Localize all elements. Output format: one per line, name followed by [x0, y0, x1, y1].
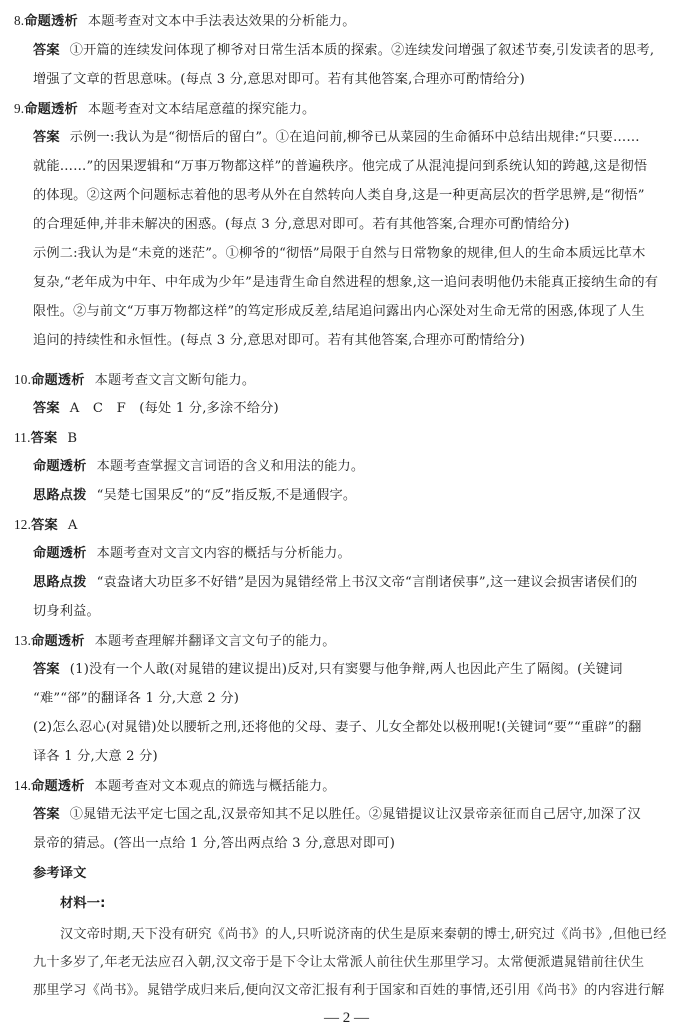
analysis-label: 命题透析: [31, 634, 85, 649]
q10-number: 10.: [14, 372, 31, 387]
translation-text: 那里学习《尚书》。晁错学成归来后,便向汉文帝汇报有利于国家和百姓的事情,还引用《…: [33, 981, 664, 1001]
answer-text: A: [68, 518, 78, 533]
answer-text: 限性。②与前文“万事万物都这样”的笃定形成反差,结尾追问露出内心深处对生命无常的…: [33, 302, 645, 322]
q8-answer-line: 答案①开篇的连续发问体现了柳爷对日常生活本质的探索。②连续发问增强了叙述节奏,引…: [33, 41, 654, 61]
q8-number: 8.: [14, 13, 24, 28]
answer-label: 答案: [33, 662, 60, 677]
answer-label: 答案: [31, 518, 58, 533]
q11-analysis-text: 本题考查掌握文言词语的含义和用法的能力。: [97, 459, 365, 474]
hint-label: 思路点拨: [33, 575, 87, 590]
answer-text: 景帝的猜忌。(答出一点给 1 分,答出两点给 3 分,意思对即可): [33, 834, 395, 854]
answer-text: 示例一:我认为是“彻悟后的留白”。①在追问前,柳爷已从菜园的生命循环中总结出规律…: [70, 130, 640, 145]
q13-answer-line: 答案(1)没有一个人敢(对晁错的建议提出)反对,只有窦婴与他争辩,两人也因此产生…: [33, 660, 623, 680]
q8-analysis-line: 8.命题透析本题考查对文本中手法表达效果的分析能力。: [14, 11, 356, 32]
translation-label: 参考译文: [33, 866, 87, 881]
answer-text: 复杂,“老年成为中年、中年成为少年”是违背生命自然进程的想象,这一追问表明他仍未…: [33, 273, 658, 293]
analysis-label: 命题透析: [33, 459, 87, 474]
analysis-label: 命题透析: [24, 102, 78, 117]
hint-text: “吴楚七国果反”的“反”指反叛,不是通假字。: [97, 488, 357, 503]
answer-text: 就能……”的因果逻辑和“万事万物都这样”的普遍秩序。他完成了从混沌提问到系统认知…: [33, 157, 647, 177]
q10-analysis-line: 10.命题透析本题考查文言文断句能力。: [14, 370, 255, 391]
q12-number: 12.: [14, 517, 31, 532]
q10-answer-line: 答案A C F (每处 1 分,多涂不给分): [33, 399, 279, 419]
answer-text: ①开篇的连续发问体现了柳爷对日常生活本质的探索。②连续发问增强了叙述节奏,引发读…: [70, 43, 654, 58]
answer-key-page: 8.命题透析本题考查对文本中手法表达效果的分析能力。 答案①开篇的连续发问体现了…: [0, 0, 693, 1036]
q14-analysis-line: 14.命题透析本题考查对文本观点的筛选与概括能力。: [14, 776, 336, 797]
q9-answer-line: 答案示例一:我认为是“彻悟后的留白”。①在追问前,柳爷已从菜园的生命循环中总结出…: [33, 128, 640, 148]
q13-number: 13.: [14, 633, 31, 648]
material-one-heading: 材料一:: [60, 894, 116, 914]
analysis-label: 命题透析: [24, 14, 78, 29]
hint-label: 思路点拨: [33, 488, 87, 503]
q14-answer-line: 答案①晁错无法平定七国之乱,汉景帝知其不足以胜任。②晁错提议让汉景帝亲征而自己居…: [33, 805, 641, 825]
answer-text: (2)怎么忍心(对晁错)处以腰斩之刑,还将他的父母、妻子、儿女全都处以极刑呢!(…: [33, 718, 641, 738]
answer-text: 的体现。②这两个问题标志着他的思考从外在自然转向人类自身,这是一种更高层次的哲学…: [33, 186, 645, 206]
q10-analysis-text: 本题考查文言文断句能力。: [95, 373, 256, 388]
q9-number: 9.: [14, 101, 24, 116]
answer-text: B: [67, 431, 77, 446]
translation-text: 九十多岁了,年老无法应召入朝,汉文帝于是下令让太常派人前往伏生那里学习。太常便派…: [33, 953, 644, 973]
analysis-label: 命题透析: [33, 546, 87, 561]
q12-answer-line: 12.答案A: [14, 515, 78, 536]
analysis-label: 命题透析: [31, 779, 85, 794]
q13-analysis-line: 13.命题透析本题考查理解并翻译文言文句子的能力。: [14, 631, 336, 652]
analysis-label: 命题透析: [31, 373, 85, 388]
q12-analysis-text: 本题考查对文言文内容的概括与分析能力。: [97, 546, 351, 561]
answer-text: A C F (每处 1 分,多涂不给分): [70, 401, 279, 416]
translation-heading: 参考译文: [33, 864, 97, 884]
q12-analysis-line: 命题透析本题考查对文言文内容的概括与分析能力。: [33, 544, 351, 564]
answer-text: 示例二:我认为是“未竟的迷茫”。①柳爷的“彻悟”局限于自然与日常物象的规律,但人…: [33, 244, 645, 264]
q11-number: 11.: [14, 430, 31, 445]
answer-text: (1)没有一个人敢(对晁错的建议提出)反对,只有窦婴与他争辩,两人也因此产生了隔…: [70, 662, 623, 677]
q13-analysis-text: 本题考查理解并翻译文言文句子的能力。: [95, 634, 336, 649]
answer-text: 增强了文章的哲思意味。(每点 3 分,意思对即可。若有其他答案,合理亦可酌情给分…: [33, 70, 525, 90]
answer-label: 答案: [33, 401, 60, 416]
q11-hint-line: 思路点拨“吴楚七国果反”的“反”指反叛,不是通假字。: [33, 486, 356, 506]
answer-label: 答案: [33, 130, 60, 145]
answer-label: 答案: [33, 807, 60, 822]
answer-text: ①晁错无法平定七国之乱,汉景帝知其不足以胜任。②晁错提议让汉景帝亲征而自己居守,…: [70, 807, 641, 822]
q11-analysis-line: 命题透析本题考查掌握文言词语的含义和用法的能力。: [33, 457, 364, 477]
q9-analysis-text: 本题考查对文本结尾意蕴的探究能力。: [88, 102, 316, 117]
answer-text: 追问的持续性和永恒性。(每点 3 分,意思对即可。若有其他答案,合理亦可酌情给分…: [33, 331, 525, 351]
q12-hint-line: 思路点拨“袁盎诸大功臣多不好错”是因为晁错经常上书汉文帝“言削诸侯事”,这一建议…: [33, 573, 637, 593]
page-number: — 2 —: [0, 1008, 693, 1028]
q9-analysis-line: 9.命题透析本题考查对文本结尾意蕴的探究能力。: [14, 99, 315, 120]
material-label: 材料一:: [60, 896, 106, 911]
answer-text: “难”“郤”的翻译各 1 分,大意 2 分): [33, 689, 239, 709]
q11-answer-line: 11.答案B: [14, 428, 77, 449]
answer-label: 答案: [31, 431, 58, 446]
q8-analysis-text: 本题考查对文本中手法表达效果的分析能力。: [88, 14, 356, 29]
hint-text: 切身利益。: [33, 602, 100, 622]
hint-text: “袁盎诸大功臣多不好错”是因为晁错经常上书汉文帝“言削诸侯事”,这一建议会损害诸…: [97, 575, 638, 590]
answer-text: 译各 1 分,大意 2 分): [33, 747, 158, 767]
q14-number: 14.: [14, 778, 31, 793]
answer-text: 的合理延伸,并非未解决的困惑。(每点 3 分,意思对即可。若有其他答案,合理亦可…: [33, 215, 570, 235]
translation-text: 汉文帝时期,天下没有研究《尚书》的人,只听说济南的伏生是原来秦朝的博士,研究过《…: [60, 925, 667, 945]
answer-label: 答案: [33, 43, 60, 58]
q14-analysis-text: 本题考查对文本观点的筛选与概括能力。: [95, 779, 336, 794]
